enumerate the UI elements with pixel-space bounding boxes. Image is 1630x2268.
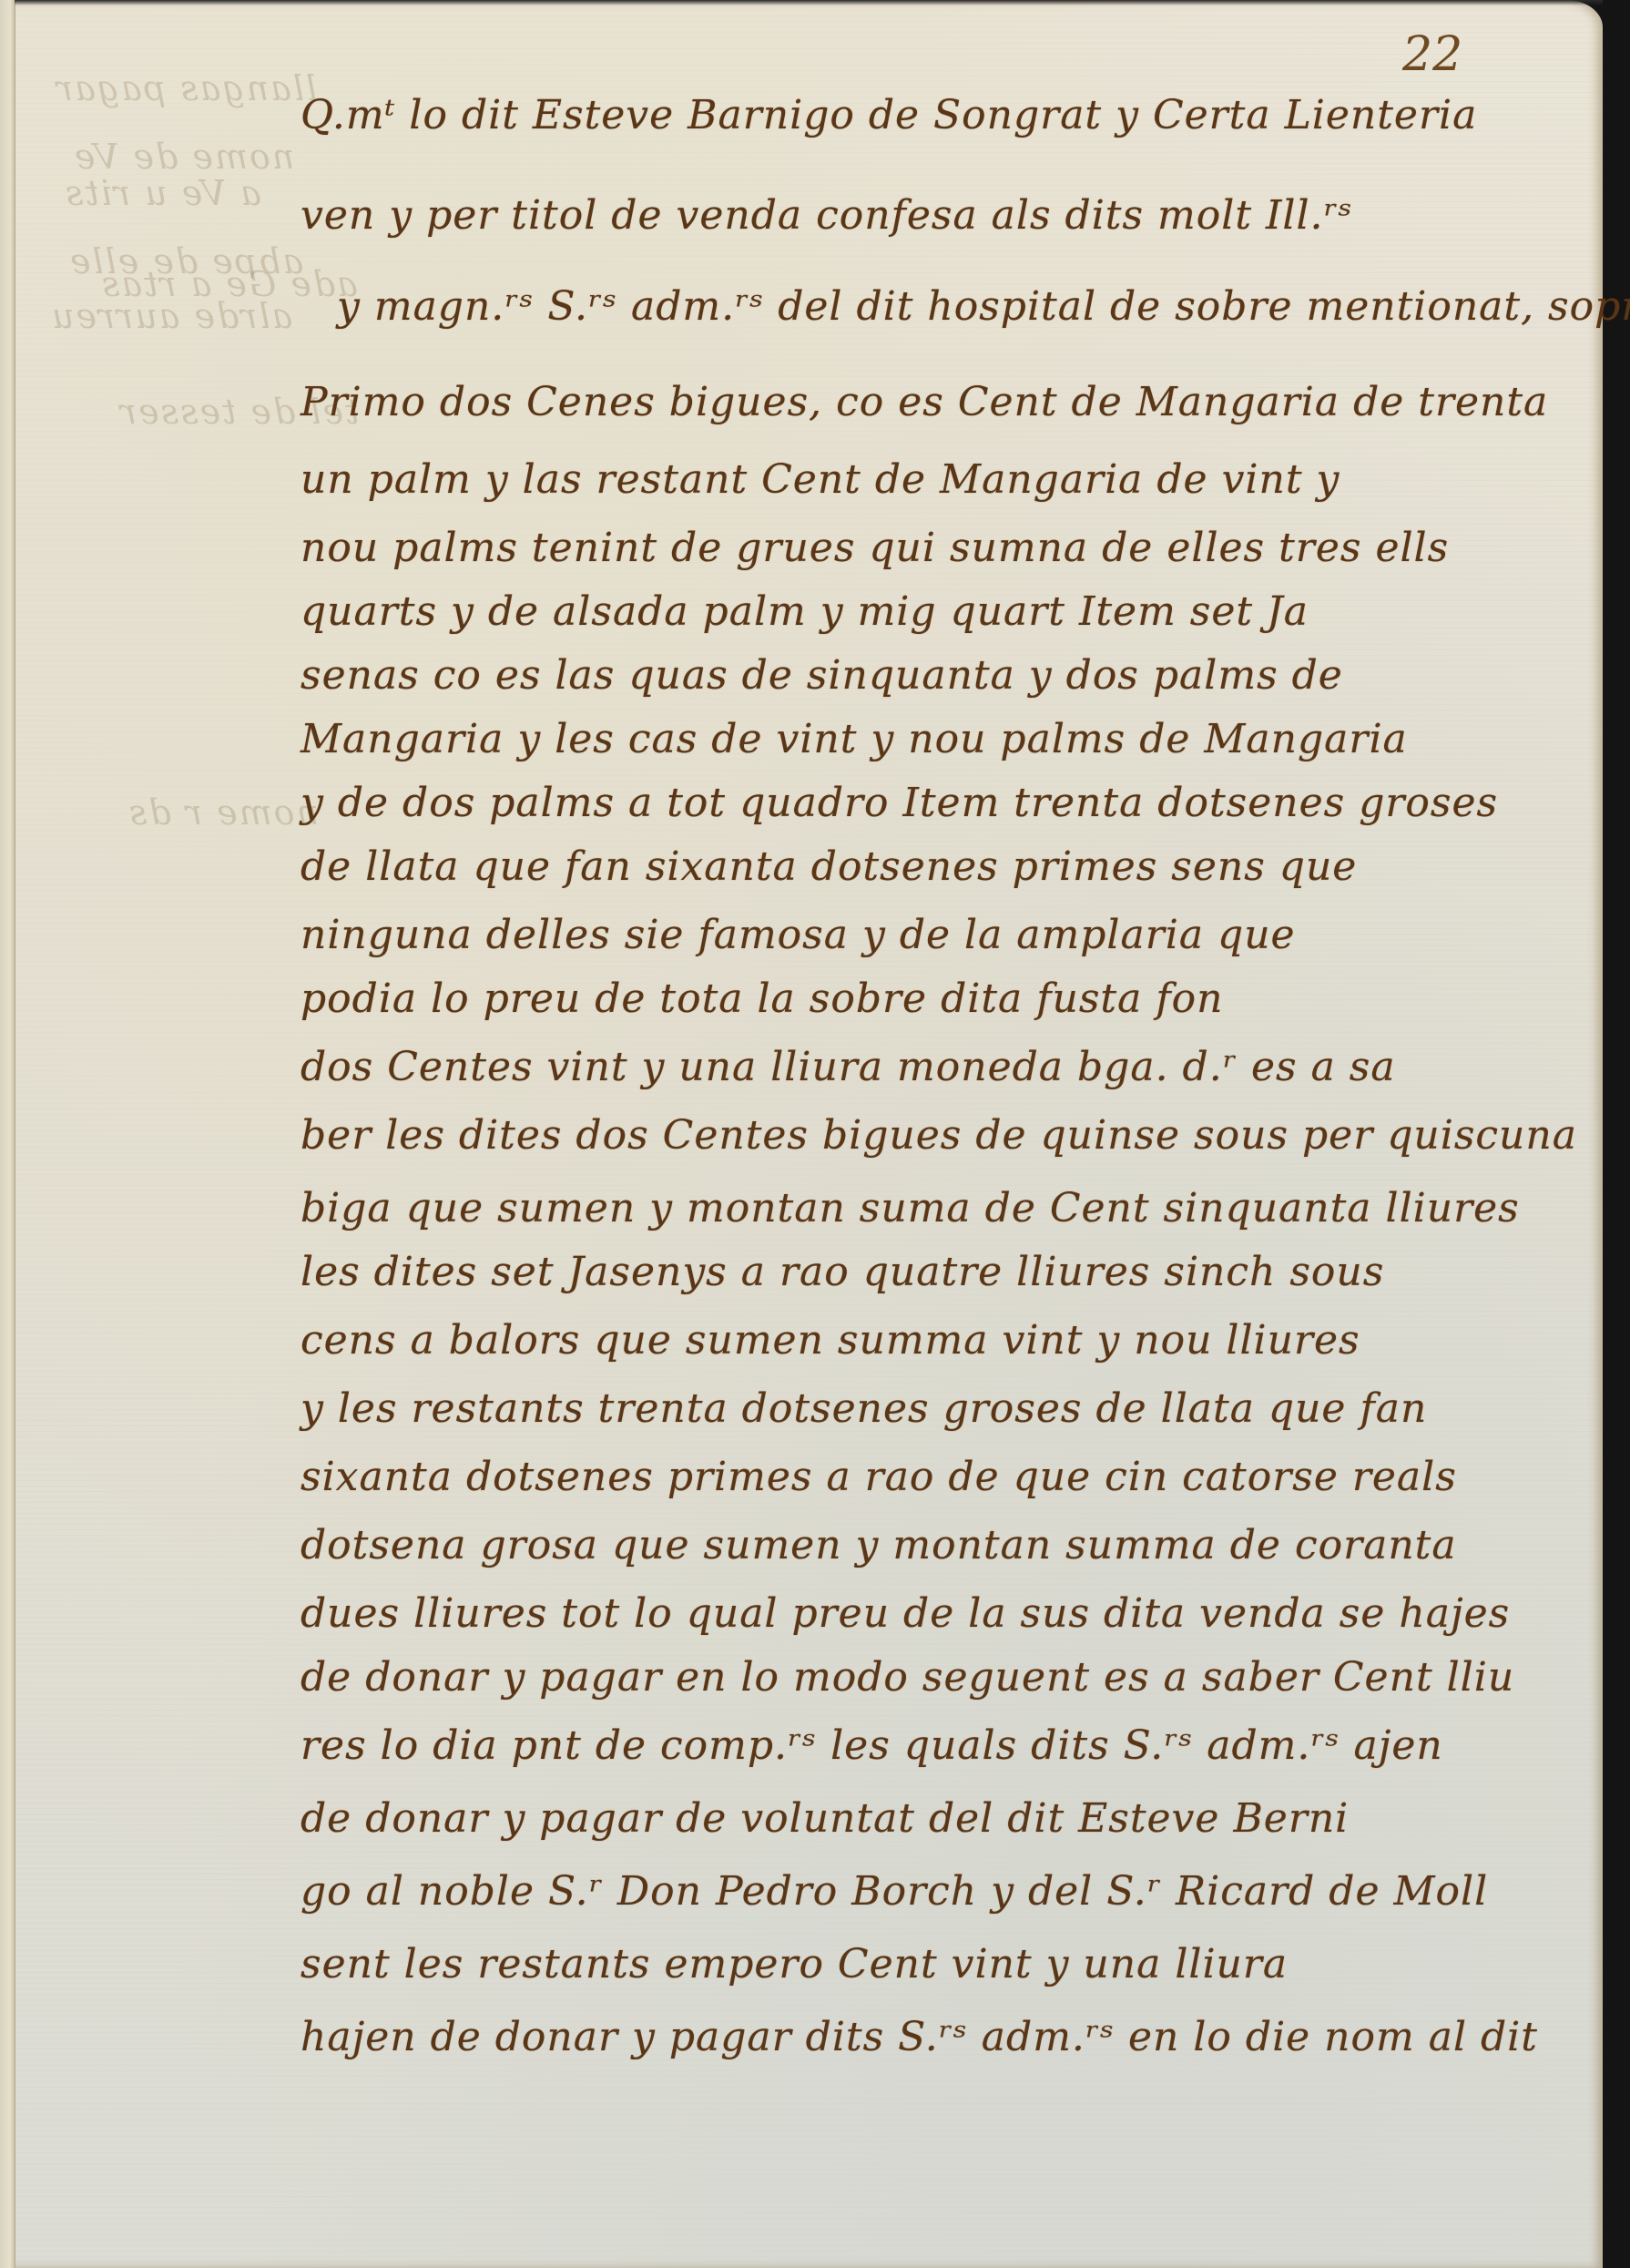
manuscript-line: ven y per titol de venda confesa als dit… [301, 196, 1575, 236]
manuscript-line: senas co es las quas de sinquanta y dos … [301, 656, 1575, 696]
manuscript-line: dotsena grosa que sumen y montan summa d… [301, 1526, 1575, 1566]
manuscript-line: de llata que fan sixanta dotsenes primes… [301, 847, 1575, 887]
manuscript-page: llangas pagar nome de Ve a Ve u rits abp… [0, 0, 1603, 2268]
manuscript-line: Primo dos Cenes bigues, co es Cent de Ma… [301, 383, 1575, 423]
manuscript-line: Mangaria y les cas de vint y nou palms d… [301, 720, 1575, 760]
manuscript-line: ninguna delles sie famosa y de la amplar… [301, 915, 1575, 955]
manuscript-line: podia lo preu de tota la sobre dita fust… [301, 979, 1575, 1019]
manuscript-line: de donar y pagar de voluntat del dit Est… [301, 1799, 1575, 1839]
manuscript-line: go al noble S.ʳ Don Pedro Borch y del S.… [301, 1872, 1575, 1912]
manuscript-line: ber les dites dos Centes bigues de quins… [301, 1116, 1575, 1156]
manuscript-line: dues lliures tot lo qual preu de la sus … [301, 1594, 1575, 1634]
manuscript-line: res lo dia pnt de comp.ʳˢ les quals dits… [301, 1726, 1575, 1766]
manuscript-line: y les restants trenta dotsenes groses de… [301, 1389, 1575, 1429]
manuscript-line: un palm y las restant Cent de Mangaria d… [301, 460, 1575, 500]
manuscript-line: nou palms tenint de grues qui sumna de e… [301, 528, 1575, 568]
manuscript-line: hajen de donar y pagar dits S.ʳˢ adm.ʳˢ … [301, 2018, 1575, 2058]
manuscript-line: dos Centes vint y una lliura moneda bga.… [301, 1047, 1575, 1088]
manuscript-line: sent les restants empero Cent vint y una… [301, 1945, 1575, 1985]
bleed-through-text: nome r ds [127, 792, 319, 833]
manuscript-line: y magn.ʳˢ S.ʳˢ adm.ʳˢ del dit hospital d… [337, 287, 1612, 327]
manuscript-line: biga que sumen y montan suma de Cent sin… [301, 1189, 1575, 1229]
bleed-through-text: llangas pagar [55, 68, 317, 108]
manuscript-line: Q.mᵗ lo dit Esteve Barnigo de Songrat y … [301, 96, 1575, 136]
manuscript-line: cens a balors que sumen summa vint y nou… [301, 1321, 1575, 1361]
manuscript-line: sixanta dotsenes primes a rao de que cin… [301, 1457, 1575, 1497]
bleed-through-text: a Ve u rits [64, 173, 261, 213]
page-top-shadow [15, 0, 1603, 5]
manuscript-line: les dites set Jasenys a rao quatre lliur… [301, 1252, 1575, 1292]
manuscript-line: de donar y pagar en lo modo seguent es a… [301, 1658, 1575, 1698]
page-binding-edge [0, 0, 15, 2268]
folio-number: 22 [1402, 27, 1462, 82]
bleed-through-text: nome de Ve [73, 137, 294, 177]
bleed-through-text: alrde aurreu [50, 296, 292, 336]
manuscript-line: quarts y de alsada palm y mig quart Item… [301, 592, 1575, 632]
manuscript-line: y de dos palms a tot quadro Item trenta … [301, 783, 1575, 823]
